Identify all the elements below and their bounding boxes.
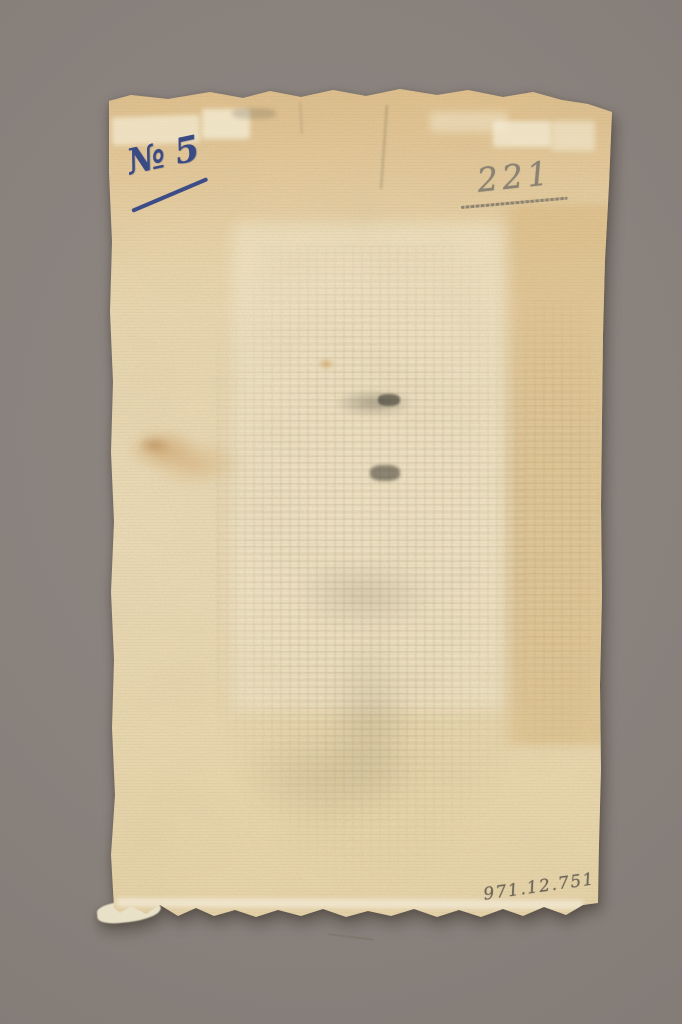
- ink-showthrough-smudge: [370, 465, 400, 481]
- handwritten-page-number: 221: [475, 153, 554, 200]
- graphite-smear: [232, 108, 276, 119]
- tape-residue-patch: [493, 121, 551, 147]
- text-showthrough-right: [505, 300, 600, 780]
- paper-shadow: № 5 221 971.12.751: [0, 0, 682, 1024]
- tape-residue-patch: [551, 121, 595, 151]
- photo-background: № 5 221 971.12.751: [0, 0, 682, 1024]
- paper-verso: № 5 221 971.12.751: [0, 0, 682, 1024]
- showthrough-haze: [245, 735, 415, 820]
- stain-spot: [318, 358, 334, 370]
- showthrough-haze: [300, 560, 430, 630]
- ink-showthrough-smudge: [378, 394, 400, 406]
- ink-showthrough-smudge: [335, 390, 411, 416]
- stain-mark: [138, 436, 170, 454]
